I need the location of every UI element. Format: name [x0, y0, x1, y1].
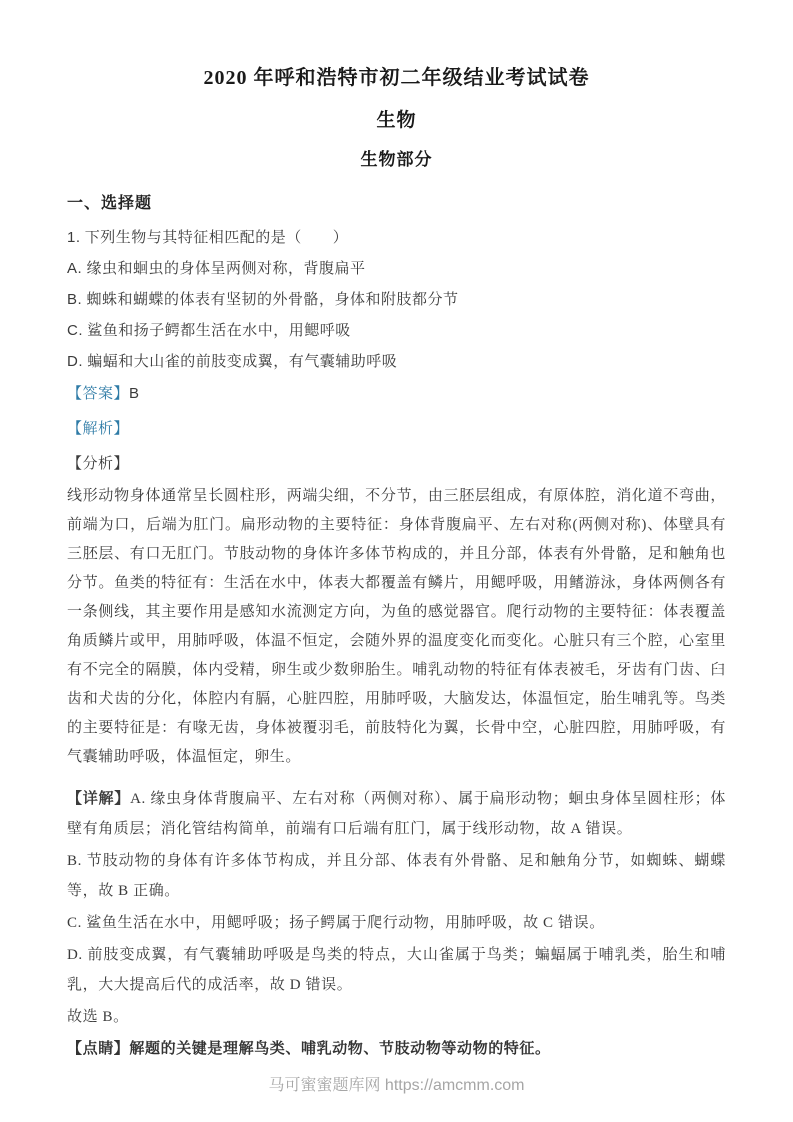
analysis-text: 线形动物身体通常呈长圆柱形，两端尖细，不分节，由三胚层组成，有原体腔，消化道不弯… [67, 482, 726, 772]
detail-paragraph-d: D. 前肢变成翼，有气囊辅助呼吸是鸟类的特点，大山雀属于鸟类；蝙蝠属于哺乳类，胎… [67, 940, 726, 1000]
question-stem-text: 下列生物与其特征相匹配的是（ ） [85, 230, 349, 246]
site-watermark: 马可蜜蜜题库网 https://amcmm.com [0, 1076, 793, 1096]
option-a: A. 缘虫和蛔虫的身体呈两侧对称，背腹扁平 [67, 258, 726, 280]
option-c-label: C. [67, 322, 83, 339]
option-d: D. 蝙蝠和大山雀的前肢变成翼，有气囊辅助呼吸 [67, 351, 726, 373]
document-title: 2020 年呼和浩特市初二年级结业考试试卷 [67, 64, 726, 92]
option-a-text: 缘虫和蛔虫的身体呈两侧对称，背腹扁平 [86, 261, 365, 277]
detail-label: 【详解】 [67, 791, 130, 807]
detail-paragraph-b: B. 节肢动物的身体有许多体节构成，并且分部、体表有外骨骼、足和触角分节，如蜘蛛… [67, 846, 726, 906]
part-heading-choice-questions: 一、选择题 [67, 193, 726, 215]
explanation-label: 【解析】 [67, 421, 129, 437]
answer-line: 【答案】B [67, 383, 726, 405]
analysis-label: 【分析】 [67, 456, 129, 472]
option-d-text: 蝙蝠和大山雀的前肢变成翼，有气囊辅助呼吸 [87, 354, 397, 370]
detail-conclusion: 故选 B。 [67, 1002, 726, 1032]
question-number: 1. [67, 229, 81, 246]
option-c: C. 鲨鱼和扬子鳄都生活在水中，用鳃呼吸 [67, 320, 726, 342]
option-b-label: B. [67, 291, 82, 308]
detail-paragraph-c: C. 鲨鱼生活在水中，用鳃呼吸；扬子鳄属于爬行动物，用肺呼吸，故 C 错误。 [67, 908, 726, 938]
question-stem: 1. 下列生物与其特征相匹配的是（ ） [67, 227, 726, 249]
answer-value: B [129, 385, 140, 402]
key-point-label: 【点睛】 [67, 1041, 129, 1057]
option-a-label: A. [67, 260, 82, 277]
document-page: 2020 年呼和浩特市初二年级结业考试试卷 生物 生物部分 一、选择题 1. 下… [0, 0, 793, 1122]
detail-paragraph-a: 【详解】A. 缘虫身体背腹扁平、左右对称（两侧对称）、属于扁形动物；蛔虫身体呈圆… [67, 784, 726, 844]
key-point-line: 【点睛】解题的关键是理解鸟类、哺乳动物、节肢动物等动物的特征。 [67, 1034, 726, 1064]
analysis-label-line: 【分析】 [67, 454, 726, 475]
option-c-text: 鲨鱼和扬子鳄都生活在水中，用鳃呼吸 [87, 323, 351, 339]
answer-label: 【答案】 [67, 386, 129, 402]
option-d-label: D. [67, 353, 83, 370]
key-point-text: 解题的关键是理解鸟类、哺乳动物、节肢动物等动物的特征。 [129, 1041, 550, 1057]
option-b: B. 蜘蛛和蝴蝶的体表有坚韧的外骨骼，身体和附肢都分节 [67, 289, 726, 311]
detail-paragraph-a-text: A. 缘虫身体背腹扁平、左右对称（两侧对称）、属于扁形动物；蛔虫身体呈圆柱形；体… [67, 791, 726, 837]
section-title: 生物部分 [67, 148, 726, 171]
explanation-label-line: 【解析】 [67, 419, 726, 440]
option-b-text: 蜘蛛和蝴蝶的体表有坚韧的外骨骼，身体和附肢都分节 [86, 292, 458, 308]
subject-title: 生物 [67, 108, 726, 134]
